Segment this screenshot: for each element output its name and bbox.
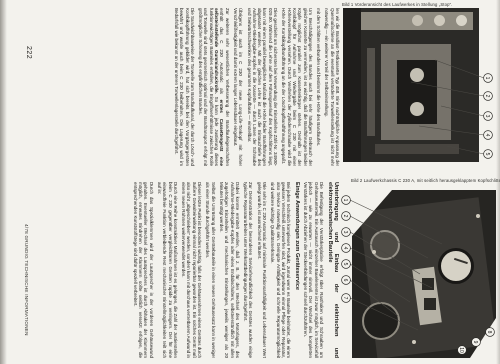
page-number: 222	[25, 46, 32, 59]
figure2-callouts: 1 2 3 4 5 6 7 8 9 10	[336, 182, 476, 358]
callout-number: 6	[342, 279, 348, 282]
body-column-left: len wir die Bandlast-Testkassette Typ 45…	[28, 8, 340, 166]
figure1-callouts: 1 2 3 4 5	[387, 8, 497, 162]
callout-number: 4	[484, 134, 490, 137]
leader-line	[350, 216, 428, 258]
callout-number: 5	[484, 153, 490, 156]
body-paragraph: Dabei konnte ermittelt werden, daß z. B.…	[219, 182, 240, 358]
callout-number: 7	[342, 297, 348, 300]
leader-line	[350, 280, 398, 316]
body-paragraph: Dies geschieht am sichersten bei Verwend…	[246, 8, 278, 166]
section-heading: Unterbringung und Einbau der elektrische…	[327, 182, 339, 358]
body-paragraph: Um Beschädigungen des Bandes auch bei se…	[281, 8, 313, 166]
screw	[476, 214, 480, 218]
callout-number: 1	[342, 199, 348, 202]
scanned-page-viewport: Bild 1 Vorderansicht des Laufwerkes in S…	[0, 0, 500, 364]
body-paragraph: mit dem Schlitten verbunden und bestimmt…	[316, 8, 321, 166]
callout-number: 1	[484, 77, 490, 80]
callout-number: 10	[458, 347, 464, 353]
leader-line	[447, 146, 484, 154]
callout-number: 5	[342, 263, 348, 266]
body-paragraph: Selbst die Umrüstung aller Gerätebauteil…	[205, 182, 216, 358]
body-paragraph: Bei jedem technisch komplexen Produkt, z…	[270, 182, 291, 358]
body-paragraph: Zur Demonstration der besonderen Service…	[243, 182, 254, 358]
leader-line	[419, 126, 484, 135]
leader-line	[411, 82, 484, 96]
leader-line	[441, 106, 484, 116]
body-paragraph-emphasis: Zur weiteren sehr wesentlichen Verbesser…	[198, 8, 230, 166]
leader-line	[435, 60, 484, 78]
callout-number: 8	[486, 331, 492, 334]
callout-number: 2	[484, 95, 490, 98]
figure1-caption: Bild 1 Vorderansicht des Laufwerkes in S…	[342, 1, 479, 8]
body-paragraph: Übrigens ist auch im C 230 der neue Long…	[233, 8, 244, 166]
callout-number: 2	[342, 215, 348, 218]
section-heading: Einige Anwendungen zum Geräteservice	[294, 182, 300, 358]
body-paragraph: Dieser letzte Punkt ist besonders wichti…	[181, 182, 202, 358]
journal-footer: 4/78 GRUNDIG TECHNISCHE INFORMATIONEN	[24, 224, 29, 336]
bottom-strip	[343, 8, 361, 162]
leader-line	[350, 200, 442, 244]
leader-line	[350, 264, 410, 302]
body-paragraph: Durch eine Reihe konstruktiver Maßnahmen…	[157, 182, 178, 358]
body-paragraph: len wir die Bandlast-Testkassette Typ 45…	[324, 8, 340, 166]
body-paragraph: Durch das Spezialklemmen wird der Lautsp…	[132, 182, 153, 358]
body-column-right: Unterbringung und Einbau der elektrische…	[28, 182, 340, 358]
leader-line	[350, 248, 432, 288]
callout-number: 3	[342, 231, 348, 234]
callout-number: 4	[342, 247, 348, 250]
body-paragraph: Die Sandwichbauweise der Tonwelle zum Ba…	[174, 8, 195, 166]
body-paragraph: Wie sehr im C 230 Automatic auf minimale…	[256, 182, 267, 358]
callout-number: 9	[472, 341, 478, 344]
leader-line	[350, 298, 418, 330]
head-bridge	[367, 48, 375, 136]
body-paragraph: Die Befestigung der Verstärkerplatine er…	[303, 182, 324, 358]
callout-number: 3	[484, 115, 490, 118]
magazine-page: Bild 1 Vorderansicht des Laufwerkes in S…	[0, 0, 500, 364]
